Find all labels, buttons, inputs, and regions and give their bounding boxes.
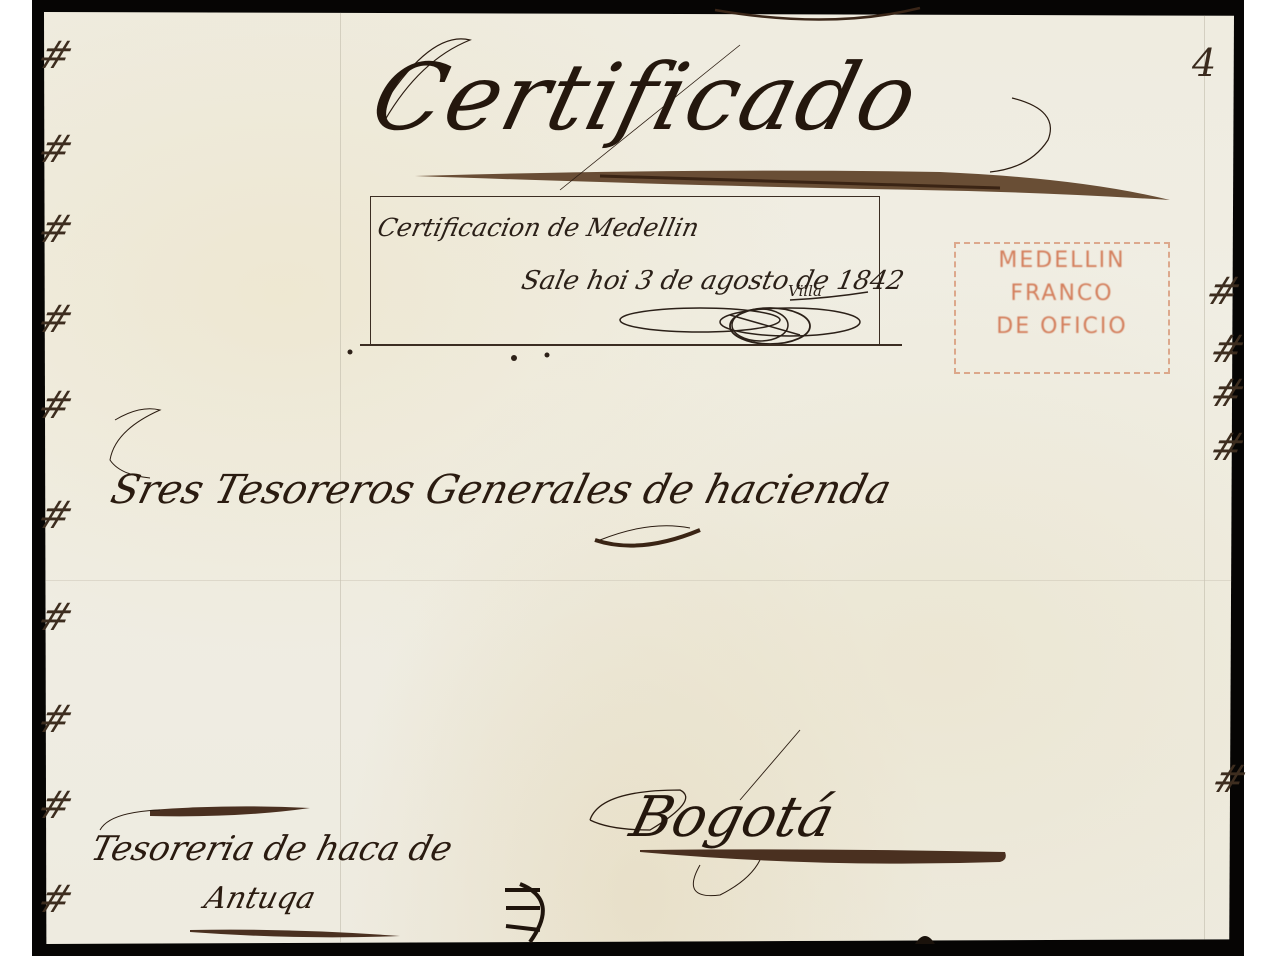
postmark-line-2: FRANCO [956,277,1168,310]
endorsement-line-2: Sale hoi 3 de agosto de 1842 [519,268,906,294]
destination-city: Bogotá [625,790,839,846]
endorsement-box-rule [360,344,902,346]
sender-line-2: Antuqa [201,884,318,914]
postmark-stamp: MEDELLIN FRANCO DE OFICIO [954,242,1170,374]
fold-line-horizontal [44,580,1234,581]
postmark-line-3: DE OFICIO [956,310,1168,343]
document-viewer: 4 Certificado Certificacion de Medellin … [0,0,1276,956]
sender-line-1: Tesoreria de haca de [88,832,456,866]
document-title: Certificado [364,52,928,144]
addressee-line: Sres Tesoreros Generales de hacienda [107,470,895,510]
postmark-line-1: MEDELLIN [956,244,1168,277]
endorsement-signature: Villa [788,284,822,299]
page-number: 4 [1192,44,1216,82]
endorsement-line-1: Certificacion de Medellin [375,215,701,240]
fold-line-vertical-right [1204,12,1205,944]
